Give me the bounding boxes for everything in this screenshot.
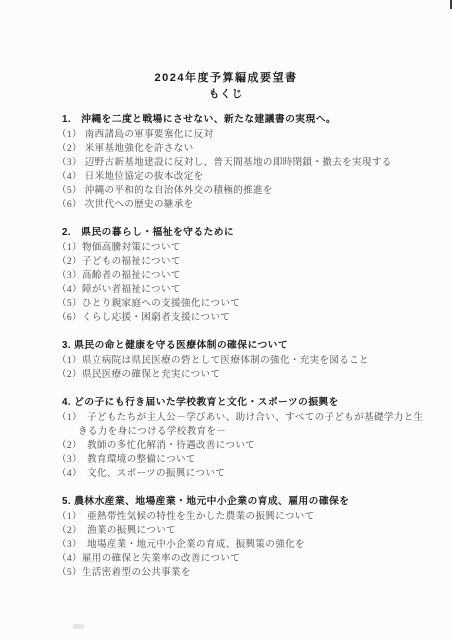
toc-item: （4）障がい者福祉について (57, 283, 426, 297)
toc-item: （3） 地場産業・地元中小企業の育成、振興策の強化を (57, 538, 426, 552)
section-heading: 1. 沖縄を二度と戦場にさせない、新たな建議書の実現へ。 (62, 112, 426, 128)
toc-item: （2） 米軍基地強化を許さない (57, 142, 426, 156)
toc-item: （1） 南西諸島の軍事要塞化に反対 (57, 128, 426, 142)
toc-section-3: 3. 県民の命と健康を守る医療体制の確保について（1）県立病院は県民医療の砦とし… (57, 338, 426, 382)
toc-item: （2）県民医療の確保と充実について (57, 368, 426, 382)
document-header: 2024年度予算編成要望書 もくじ (0, 0, 452, 102)
toc-item: （1） 子どもたちが主人公－学びあい、助け合い、すべての子どもが基礎学力と生きる… (57, 411, 426, 439)
toc-item: （1）物価高騰対策について (57, 241, 426, 255)
toc-item: （4）雇用の確保と失業率の改善について (57, 552, 426, 566)
toc-item: （5）ひとり親家庭への支援強化について (57, 297, 426, 311)
toc-item: （3） 辺野古新基地建設に反対し、普天間基地の即時閉鎖・撤去を実現する (57, 156, 426, 170)
toc-item: （3）高齢者の福祉について (57, 269, 426, 283)
toc-section-1: 1. 沖縄を二度と戦場にさせない、新たな建議書の実現へ。（1） 南西諸島の軍事要… (57, 112, 426, 212)
document-title: 2024年度予算編成要望書 (0, 70, 452, 86)
toc-item: （4） 文化、スポーツの振興について (57, 467, 426, 481)
toc-item: （2） 漁業の振興について (57, 524, 426, 538)
section-heading: 2. 県民の暮らし・福祉を守るために (62, 225, 426, 241)
toc-item: （3） 教育環境の整備について (57, 453, 426, 467)
section-heading: 3. 県民の命と健康を守る医療体制の確保について (62, 338, 426, 354)
toc-item: （6）くらし応援・困窮者支援について (57, 311, 426, 325)
toc-item: （6） 次世代への歴史の継承を (57, 198, 426, 212)
toc-section-5: 5. 農林水産業、地場産業・地元中小企業の育成、雇用の確保を（1） 亜熱帯性気候… (57, 494, 426, 580)
scan-artifact-bottom-left (73, 624, 84, 629)
section-heading: 4. どの子にも行き届いた学校教育と文化・スポーツの振興を (62, 395, 426, 411)
toc-item: （2） 教師の多忙化解消・待遇改善について (57, 439, 426, 453)
table-of-contents: 1. 沖縄を二度と戦場にさせない、新たな建議書の実現へ。（1） 南西諸島の軍事要… (57, 112, 426, 580)
toc-item: （2）子どもの福祉について (57, 255, 426, 269)
toc-item: （5） 沖縄の平和的な自治体外交の積極的推進を (57, 184, 426, 198)
toc-section-2: 2. 県民の暮らし・福祉を守るために（1）物価高騰対策について（2）子どもの福祉… (57, 225, 426, 325)
toc-item: （1）県立病院は県民医療の砦として医療体制の強化・充実を図ること (57, 354, 426, 368)
toc-item: （1） 亜熱帯性気候の特性を生かした農業の振興について (57, 510, 426, 524)
toc-section-4: 4. どの子にも行き届いた学校教育と文化・スポーツの振興を（1） 子どもたちが主… (57, 395, 426, 481)
document-subtitle: もくじ (0, 87, 452, 102)
section-heading: 5. 農林水産業、地場産業・地元中小企業の育成、雇用の確保を (62, 494, 426, 510)
toc-item: （5）生活密着型の公共事業を (57, 566, 426, 580)
scanned-document-page: 2024年度予算編成要望書 もくじ 1. 沖縄を二度と戦場にさせない、新たな建議… (0, 0, 452, 640)
toc-item: （4） 日米地位協定の抜本改定を (57, 170, 426, 184)
